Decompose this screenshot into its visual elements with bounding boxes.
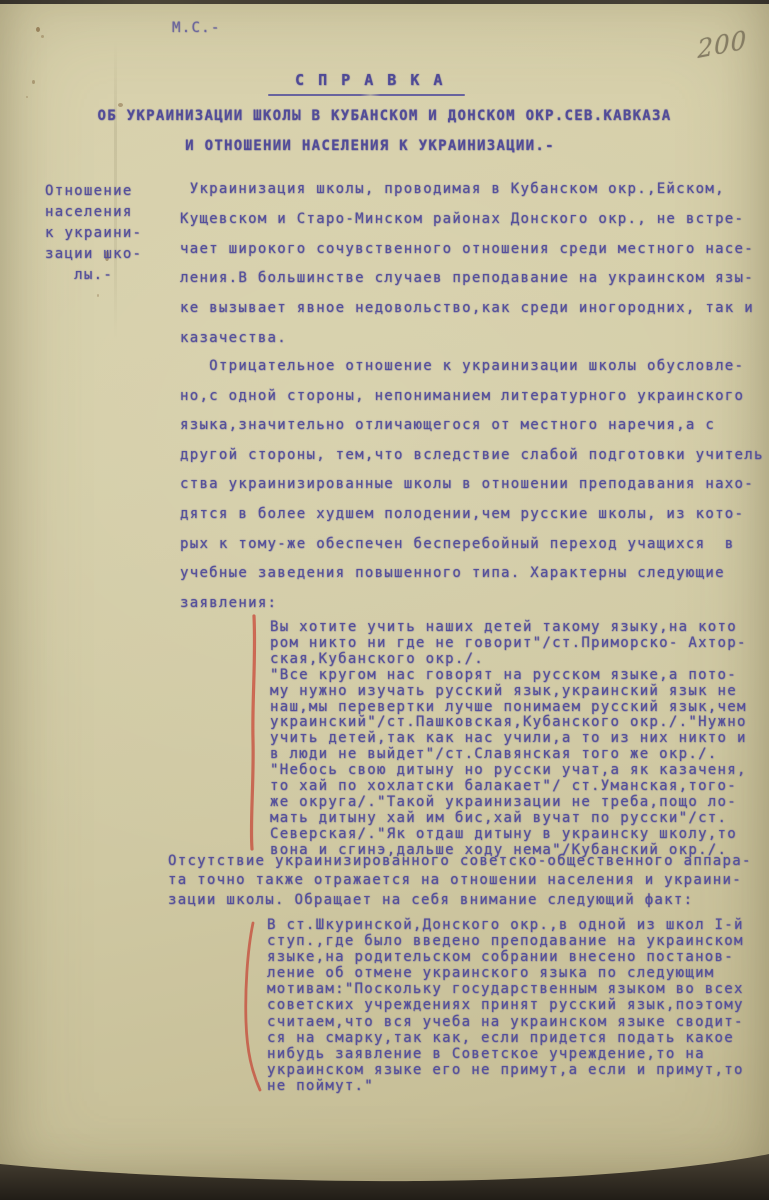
- scan-edge-bottom: [0, 1154, 769, 1200]
- quoted-statements-block: Вы хотите учить наших детей такому языку…: [270, 620, 747, 859]
- scanned-page: М.С.- 200 С П Р А В К А ОБ УКРАИНИЗАЦИИ …: [0, 0, 769, 1200]
- body-paragraph-1: Украинизация школы, проводимая в Кубанск…: [180, 175, 754, 354]
- body-paragraph-3: Отсутствие украинизированного советско-о…: [168, 852, 752, 910]
- paper-stain: [26, 96, 28, 98]
- paper-stain: [41, 35, 44, 38]
- margin-note: Отношение населения к украини- зации шко…: [45, 181, 142, 286]
- red-margin-line-1: [251, 616, 254, 849]
- red-margin-line-2: [246, 923, 260, 1090]
- typed-header-mark: М.С.-: [172, 19, 221, 37]
- document-subtitle-line2: И ОТНОШЕНИИ НАСЕЛЕНИЯ К УКРАИНИЗАЦИИ.-: [0, 136, 740, 156]
- handwritten-page-number: 200: [697, 25, 747, 64]
- title-underline: [268, 94, 465, 96]
- quoted-resolution-block: В ст.Шкуринской,Донского окр.,в одной из…: [267, 917, 744, 1094]
- document-subtitle-line1: ОБ УКРАИНИЗАЦИИ ШКОЛЫ В КУБАНСКОМ И ДОНС…: [0, 106, 769, 126]
- bottom-shadow-band: [0, 1154, 769, 1200]
- red-margin-line-1-highlight: [253, 616, 255, 740]
- document-title: С П Р А В К А: [0, 70, 740, 90]
- paper-stain: [36, 27, 40, 32]
- body-paragraph-2: Отрицательное отношение к украинизации ш…: [180, 352, 764, 618]
- scan-edge-top: [0, 0, 769, 4]
- paper-stain: [97, 294, 99, 297]
